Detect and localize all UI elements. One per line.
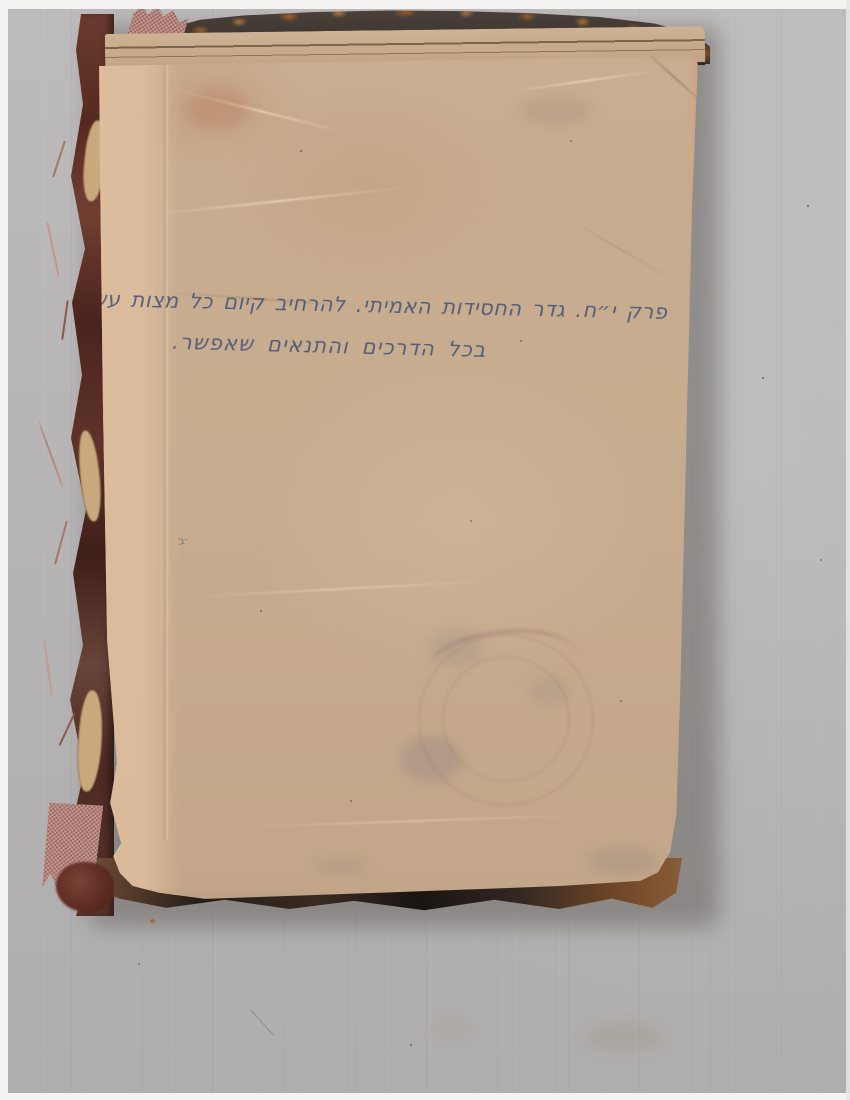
scan-edge-left xyxy=(0,0,8,1100)
spine-thread-7 xyxy=(59,713,76,746)
crease-4 xyxy=(511,70,660,93)
stray-ink-mark: ב· xyxy=(177,533,189,548)
spine-thread-1 xyxy=(52,141,66,178)
spine-thread-4 xyxy=(38,422,64,488)
scan-edge-bottom xyxy=(0,1093,850,1100)
crease-6 xyxy=(240,814,590,828)
crease-7 xyxy=(568,218,673,280)
scan-edge-right xyxy=(846,0,850,1100)
spine-thread-6 xyxy=(43,638,53,698)
page-left-fold xyxy=(164,60,168,840)
gray-smudge-bottom-1 xyxy=(588,848,658,874)
handwriting-line-2: בכל הדרכים והתנאים שאפשר. xyxy=(172,330,487,362)
cloth-blob-bottom-left xyxy=(56,862,114,912)
spine-thread-5 xyxy=(54,521,68,565)
book: פרק י״ח. גדר החסידות האמיתי. להרחיב קיום… xyxy=(0,0,850,1100)
book-page: פרק י״ח. גדר החסידות האמיתי. להרחיב קיום… xyxy=(90,48,702,904)
spine-thread-2 xyxy=(46,222,59,276)
brown-stain-top-left xyxy=(186,88,250,130)
crease-5 xyxy=(190,580,490,598)
stamp-ghost-bleedthrough xyxy=(418,634,594,806)
gray-smudge-top xyxy=(520,96,592,126)
crease-2 xyxy=(151,186,410,215)
scan-edge-top xyxy=(0,0,850,9)
spine-thread-3 xyxy=(61,300,69,340)
gray-smudge-bottom-2 xyxy=(315,856,367,876)
